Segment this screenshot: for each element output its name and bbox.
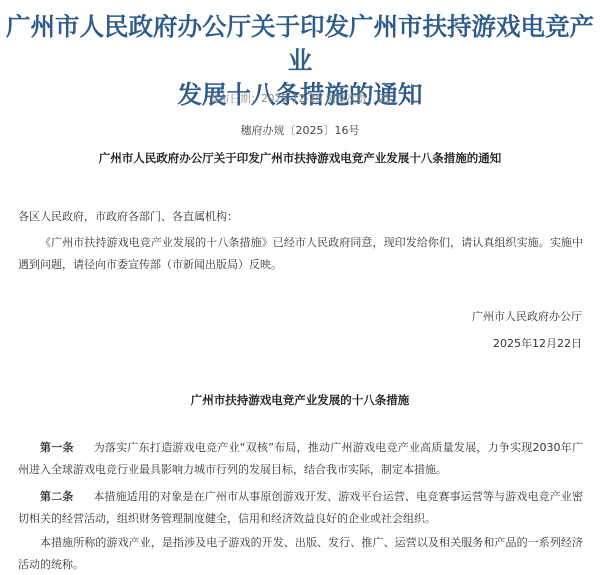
article-meta: 发布日期：2025-12-25 浏览次数：25 [0,92,600,106]
measures-title: 广州市扶持游戏电竞产业发展的十八条措施 [0,393,600,407]
notice-subtitle: 广州市人民政府办公厅关于印发广州市扶持游戏电竞产业发展十八条措施的通知 [0,151,600,165]
article-1-label: 第一条 [40,441,74,454]
article-1-text: 为落实广东打造游戏电竞产业“双核”布局，推动广州游戏电竞产业高质量发展，力争实现… [18,441,583,476]
article-title-line-1: 广州市人民政府办公厅关于印发广州市扶持游戏电竞产业 [0,10,600,78]
views-label: 浏览次数： [326,93,379,105]
article-2: 第二条本措施适用的对象是在广州市从事原创游戏开发、游戏平台运营、电竞赛事运营等与… [18,486,583,530]
views-count: 25 [378,93,391,105]
document-number: 穗府办规〔2025〕16号 [0,124,600,138]
body-paragraph: 《广州市扶持游戏电竞产业发展的十八条措施》已经市人民政府同意，现印发给你们，请认… [18,232,583,276]
signature-issuer: 广州市人民政府办公厅 [472,310,582,324]
definition-paragraph: 本措施所称的游戏产业，是指涉及电子游戏的开发、出版、发行、推广、运营以及相关服务… [18,532,583,575]
publish-date-label: 发布日期： [209,93,262,105]
article-1: 第一条为落实广东打造游戏电竞产业“双核”布局，推动广州游戏电竞产业高质量发展，力… [18,437,583,481]
publish-date: 2025-12-25 [261,93,322,105]
salutation: 各区人民政府，市政府各部门、各直属机构： [18,206,583,228]
article-2-label: 第二条 [40,490,73,503]
article-2-text: 本措施适用的对象是在广州市从事原创游戏开发、游戏平台运营、电竞赛事运营等与游戏电… [18,490,583,525]
signature-date: 2025年12月22日 [493,337,582,351]
